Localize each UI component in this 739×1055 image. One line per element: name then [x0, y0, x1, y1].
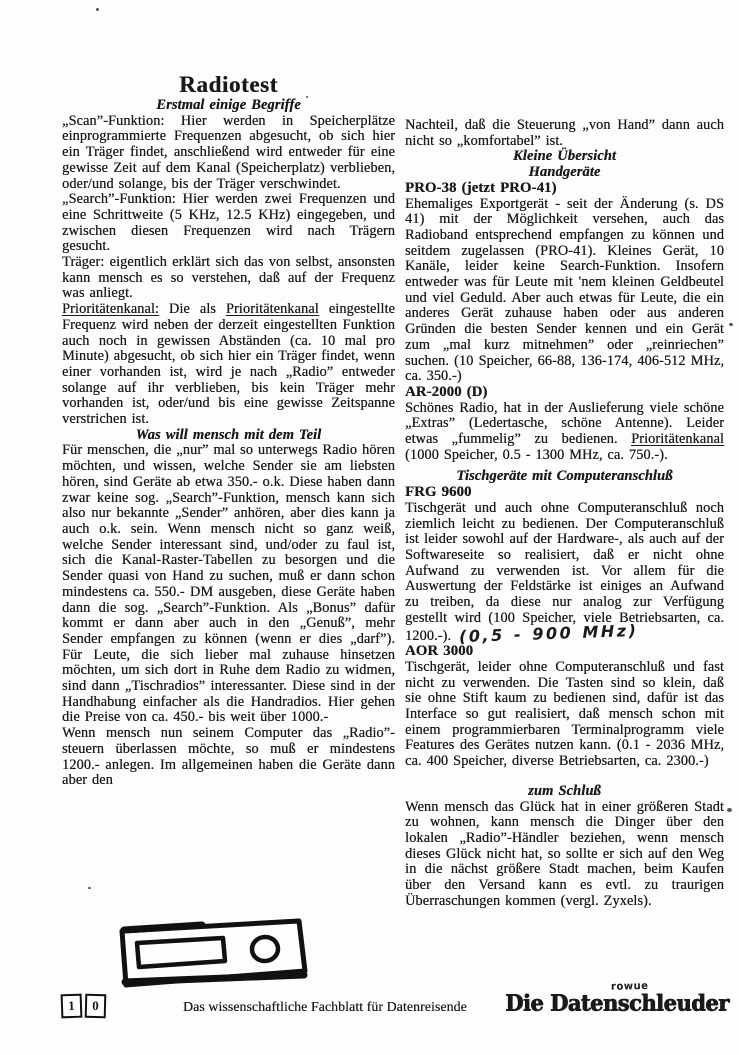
magazine-logo: Die Datenschleuderrowue: [505, 989, 720, 1015]
paragraph-scan-funktion: „Scan”-Funktion: Hier werden in Speicher…: [62, 114, 395, 193]
section-heading-uebersicht: Kleine Übersicht: [405, 149, 724, 165]
device-heading-aor3000: AOR 3000: [405, 644, 724, 660]
radio-sketch-drawing: [112, 916, 317, 998]
paragraph-nachteil: Nachteil, daß die Steuerung „von Hand” d…: [405, 118, 724, 149]
device-heading-pro38: PRO-38 (jetzt PRO-41): [405, 181, 724, 197]
paragraph-pro38: Ehemaliges Exportgerät - seit der Änderu…: [405, 197, 724, 385]
scan-speck: [96, 8, 99, 11]
paragraph-fuer-menschen: Für menschen, die „nur” mal so unterwegs…: [62, 443, 395, 726]
handwritten-annotation: (0,5 - 900 MHz): [459, 622, 639, 644]
section-heading-tischgeraete: Tischgeräte mit Computeranschluß: [405, 469, 724, 485]
scan-speck: [88, 887, 91, 889]
paragraph-prioritaetenkanal: Prioritätenkanal: Die als Prioritätenkan…: [62, 302, 395, 428]
page-number-box: 0: [85, 994, 107, 1019]
paragraph-frg9600: Tischgerät und auch ohne Computeranschlu…: [405, 501, 724, 644]
scanned-magazine-page: Radiotest Erstmal einige Begriffe „Scan”…: [0, 0, 739, 1055]
device-heading-frg9600: FRG 9600: [405, 485, 724, 501]
paragraph-text: Tischgerät und auch ohne Computeranschlu…: [405, 500, 724, 644]
footer-tagline: Das wissenschaftliche Fachblatt für Date…: [183, 999, 467, 1015]
page-number-box: 1: [61, 994, 83, 1019]
paragraph-ar2000: Schönes Radio, hat in der Auslieferung v…: [405, 401, 724, 464]
underlined-term: Prioritätenkanal:: [62, 301, 159, 317]
scan-speck: [727, 808, 732, 812]
scan-speck: [729, 322, 734, 326]
right-column: Nachteil, daß die Steuerung „von Hand” d…: [405, 118, 724, 909]
logo-overprint-text: rowue: [611, 981, 649, 993]
paragraph-text: eingestellte Frequenz wird neben der der…: [62, 301, 395, 427]
paragraph-text: Die als: [159, 301, 226, 317]
magazine-logo-text: Die Datenschleuder: [505, 989, 729, 1015]
page-title: Radiotest: [62, 72, 395, 98]
section-subtitle: Erstmal einige Begriffe: [62, 98, 395, 114]
paragraph-zum-schluss: Wenn mensch das Glück hat in einer größe…: [405, 800, 724, 910]
paragraph-aor3000: Tischgerät, leider ohne Computeranschluß…: [405, 660, 724, 770]
paragraph-traeger: Träger: eigentlich erklärt sich das von …: [62, 255, 395, 302]
scan-speck: [306, 96, 308, 98]
page-number: 1 0: [61, 994, 106, 1018]
section-heading-was-will: Was will mensch mit dem Teil: [62, 428, 395, 444]
section-heading-handgeraete: Handgeräte: [405, 165, 724, 181]
section-heading-zum-schluss: zum Schluß: [405, 784, 724, 800]
paragraph-search-funktion: „Search”-Funktion: Hier werden zwei Freq…: [62, 192, 395, 255]
paragraph-computer: Wenn mensch nun seinem Computer das „Rad…: [62, 726, 395, 789]
left-column: Radiotest Erstmal einige Begriffe „Scan”…: [62, 72, 395, 789]
paragraph-text: (1000 Speicher, 0.5 - 1300 MHz, ca. 750.…: [405, 447, 668, 463]
device-heading-ar2000: AR-2000 (D): [405, 385, 724, 401]
underlined-term: Prioritätenkanal: [226, 301, 319, 317]
underlined-term: Prioritätenkanal: [631, 431, 724, 447]
